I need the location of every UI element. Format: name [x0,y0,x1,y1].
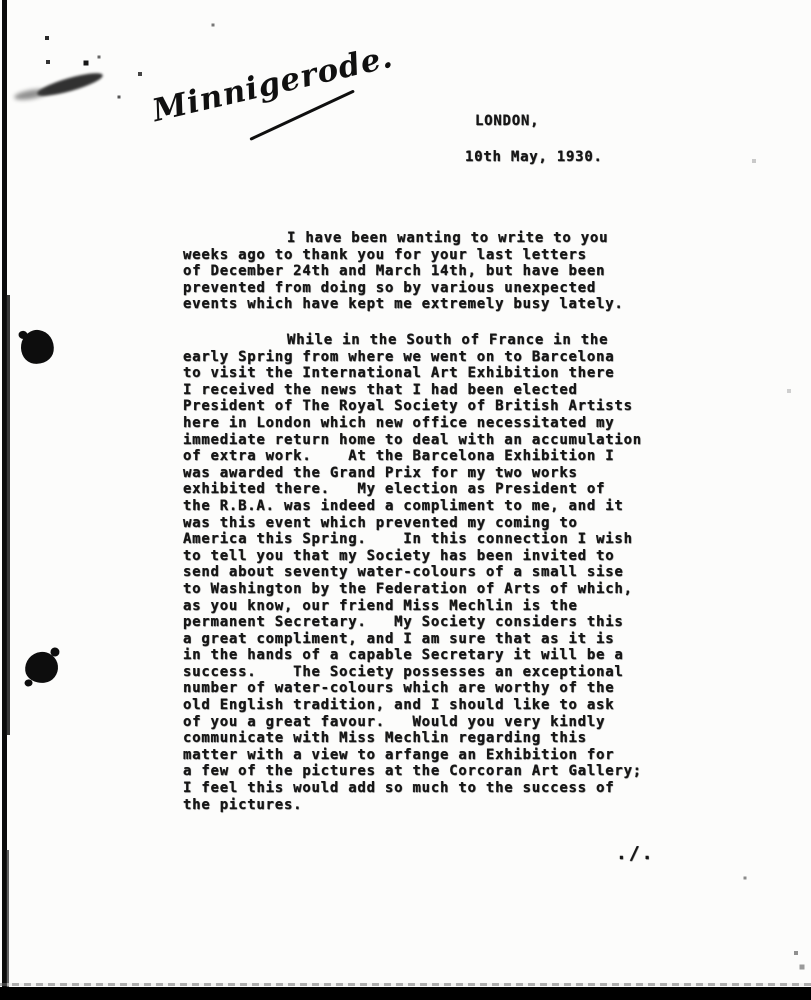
page-continuation-mark: ./. [616,844,655,864]
ink-smudge [13,87,48,102]
hole-punch-mark [23,650,59,684]
scan-bottom-bar [0,987,811,1000]
handwritten-name-annotation: Minnigerode. [149,39,396,129]
ink-speckles [0,0,2,2]
letter-city: LONDON, [475,113,539,130]
ink-smudge [36,69,105,100]
scanned-letter-page: Minnigerode. LONDON, 10th May, 1930. I h… [0,0,811,1000]
letter-paragraph-1: I have been wanting to write to you week… [183,230,703,313]
hole-punch-mark [19,328,56,366]
scan-edge-line [6,295,10,735]
scan-bottom-smudge [0,983,811,986]
letter-paragraph-2: While in the South of France in the earl… [183,332,703,813]
scan-edge-line [6,850,9,990]
letter-date: 10th May, 1930. [465,149,603,166]
